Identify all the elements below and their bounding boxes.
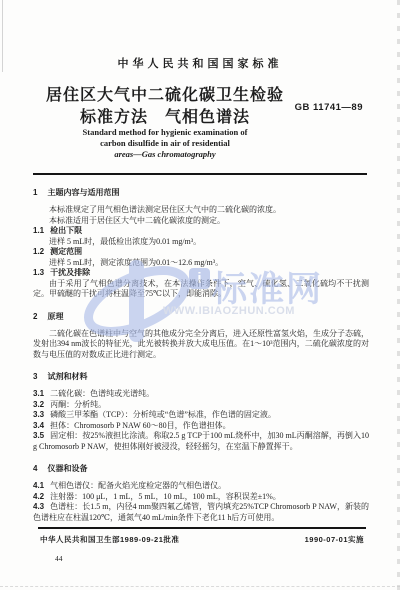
section-title: 试剂和材料: [47, 372, 87, 381]
document-body: 1主题内容与适用范围本标准规定了用气相色谱法测定居住区大气中的二硫化碳的浓度。本…: [33, 188, 369, 523]
clause-number: 4.3: [33, 502, 44, 511]
clause-number: 1.1: [33, 226, 44, 235]
scanned-standard-page: 中华人民共和国国家标准 居住区大气中二硫化碳卫生检验 标准方法 气相色谱法 GB…: [0, 0, 400, 590]
section-2: 2原理二硫化碳在色谱柱中与空气的其他成分完全分离后，进入还原性富氢火焰，生成分子…: [33, 312, 369, 361]
paragraph-text: 色谱柱：长1.5 m，内径4 mm聚四氟乙烯管，管内填充25%TCP Chrom…: [33, 502, 369, 522]
section-number: 4: [33, 464, 37, 473]
paragraph-text: 本标准适用于居住区大气中二硫化碳浓度的测定。: [49, 216, 225, 225]
section-4: 4仪器和设备4.1气相色谱仪：配备火焰光度检定器的气相色谱仪。4.2注射器：10…: [33, 464, 369, 523]
section-number: 3: [33, 372, 37, 381]
paragraph-text: 进样 5 mL时，测定浓度范围为0.01～12.6 mg/m³。: [49, 258, 223, 267]
footer-approval-text: 中华人民共和国卫生部1989-09-21批准: [40, 534, 179, 545]
paragraph-text: 气相色谱仪：配备火焰光度检定器的气相色谱仪。: [50, 481, 226, 490]
paragraph-text: 担体：Chromosorb P NAW 60～80目，作色谱担体。: [50, 421, 230, 430]
section-3: 3试剂和材料3.1二硫化碳：色谱纯或光谱纯。3.2丙酮：分析纯。3.3磷酸三甲苯…: [33, 372, 369, 452]
document-title-line2: 标准方法 气相色谱法: [0, 104, 330, 127]
clause-number: 3.3: [33, 410, 44, 419]
document-title-line1: 居住区大气中二硫化碳卫生检验: [0, 82, 330, 105]
section-heading: 1主题内容与适用范围: [33, 188, 369, 198]
footer-divider-rule: [38, 527, 366, 529]
paragraph: 二硫化碳在色谱柱中与空气的其他成分完全分离后，进入还原性富氢火焰，生成分子态硫，…: [33, 329, 369, 361]
clause-item: 3.5固定相：按25%液担比涂渍。称取2.5 g TCP于100 mL烧杯中，加…: [33, 431, 369, 452]
section-number: 2: [33, 312, 37, 321]
scan-edge-bottom: [0, 586, 400, 587]
paragraph-text: 固定相：按25%液担比涂渍。称取2.5 g TCP于100 mL烧杯中，加30 …: [33, 431, 369, 451]
paragraph: 本标准适用于居住区大气中二硫化碳浓度的测定。: [33, 216, 369, 227]
clause-title: 检出下限: [50, 226, 82, 235]
clause-item: 4.3色谱柱：长1.5 m，内径4 mm聚四氟乙烯管，管内填充25%TCP Ch…: [33, 502, 369, 523]
paragraph-text: 磷酸三甲苯酯（TCP）：分析纯或“色谱”标准，作色谱的固定液。: [50, 410, 276, 419]
footer-implementation-date: 1990-07-01实施: [305, 534, 364, 545]
paragraph: 本标准规定了用气相色谱法测定居住区大气中的二硫化碳的浓度。: [33, 205, 369, 216]
clause-number: 1.2: [33, 247, 44, 256]
clause-number: 3.5: [33, 431, 44, 440]
clause-number: 3.2: [33, 400, 44, 409]
english-title-line1: Standard method for hygienic examination…: [0, 127, 330, 138]
paragraph-text: 丙酮：分析纯。: [50, 400, 106, 409]
paragraph: 进样 5 mL时，测定浓度范围为0.01～12.6 mg/m³。: [33, 258, 369, 269]
paragraph-text: 二硫化碳：色谱纯或光谱纯。: [50, 389, 154, 398]
paragraph-text: 二硫化碳在色谱柱中与空气的其他成分完全分离后，进入还原性富氢火焰，生成分子态硫，…: [33, 329, 369, 359]
clause-heading: 1.2测定范围: [33, 247, 369, 258]
paragraph-text: 注射器：100 μL，1 mL，5 mL，10 mL，100 mL，容积误差±1…: [50, 492, 281, 501]
clause-item: 3.1二硫化碳：色谱纯或光谱纯。: [33, 389, 369, 400]
paragraph: 进样 5 mL时，最低检出浓度为0.01 mg/m³。: [33, 237, 369, 248]
clause-heading: 1.1检出下限: [33, 226, 369, 237]
paragraph-text: 由于采用了气相色谱分离技术，在本法操作条件下，空气、硫化氢、二氧化硫均不干扰测定…: [33, 279, 369, 299]
section-title: 主题内容与适用范围: [47, 188, 119, 197]
english-title-line2: carbon disulfide in air of residential: [0, 138, 330, 149]
paragraph-text: 进样 5 mL时，最低检出浓度为0.01 mg/m³。: [49, 237, 201, 246]
section-heading: 4仪器和设备: [33, 464, 369, 474]
clause-heading: 1.3干扰及排除: [33, 268, 369, 279]
clause-item: 3.3磷酸三甲苯酯（TCP）：分析纯或“色谱”标准，作色谱的固定液。: [33, 410, 369, 421]
section-1: 1主题内容与适用范围本标准规定了用气相色谱法测定居住区大气中的二硫化碳的浓度。本…: [33, 188, 369, 300]
clause-title: 测定范围: [50, 247, 82, 256]
paragraph-text: 本标准规定了用气相色谱法测定居住区大气中的二硫化碳的浓度。: [49, 205, 281, 214]
clause-number: 1.3: [33, 268, 44, 277]
clause-title: 干扰及排除: [50, 268, 90, 277]
paragraph: 由于采用了气相色谱分离技术，在本法操作条件下，空气、硫化氢、二氧化硫均不干扰测定…: [33, 279, 369, 300]
section-heading: 3试剂和材料: [33, 372, 369, 382]
english-title-line3: areas—Gas chromatography: [0, 149, 330, 160]
section-heading: 2原理: [33, 312, 369, 322]
clause-number: 3.4: [33, 421, 44, 430]
clause-number: 4.2: [33, 492, 44, 501]
clause-number: 3.1: [33, 389, 44, 398]
clause-number: 4.1: [33, 481, 44, 490]
national-standard-header: 中华人民共和国国家标准: [0, 55, 400, 71]
standard-number: GB 11741—89: [295, 102, 363, 113]
section-number: 1: [33, 188, 37, 197]
english-title: Standard method for hygienic examination…: [0, 127, 330, 160]
clause-item: 4.1气相色谱仪：配备火焰光度检定器的气相色谱仪。: [33, 481, 369, 492]
clause-item: 3.2丙酮：分析纯。: [33, 400, 369, 411]
clause-item: 3.4担体：Chromosorb P NAW 60～80目，作色谱担体。: [33, 421, 369, 432]
section-title: 仪器和设备: [47, 464, 87, 473]
clause-item: 4.2注射器：100 μL，1 mL，5 mL，10 mL，100 mL，容积误…: [33, 492, 369, 503]
title-divider-rule: [33, 173, 367, 175]
section-title: 原理: [47, 312, 63, 321]
page-number: 44: [55, 554, 63, 563]
